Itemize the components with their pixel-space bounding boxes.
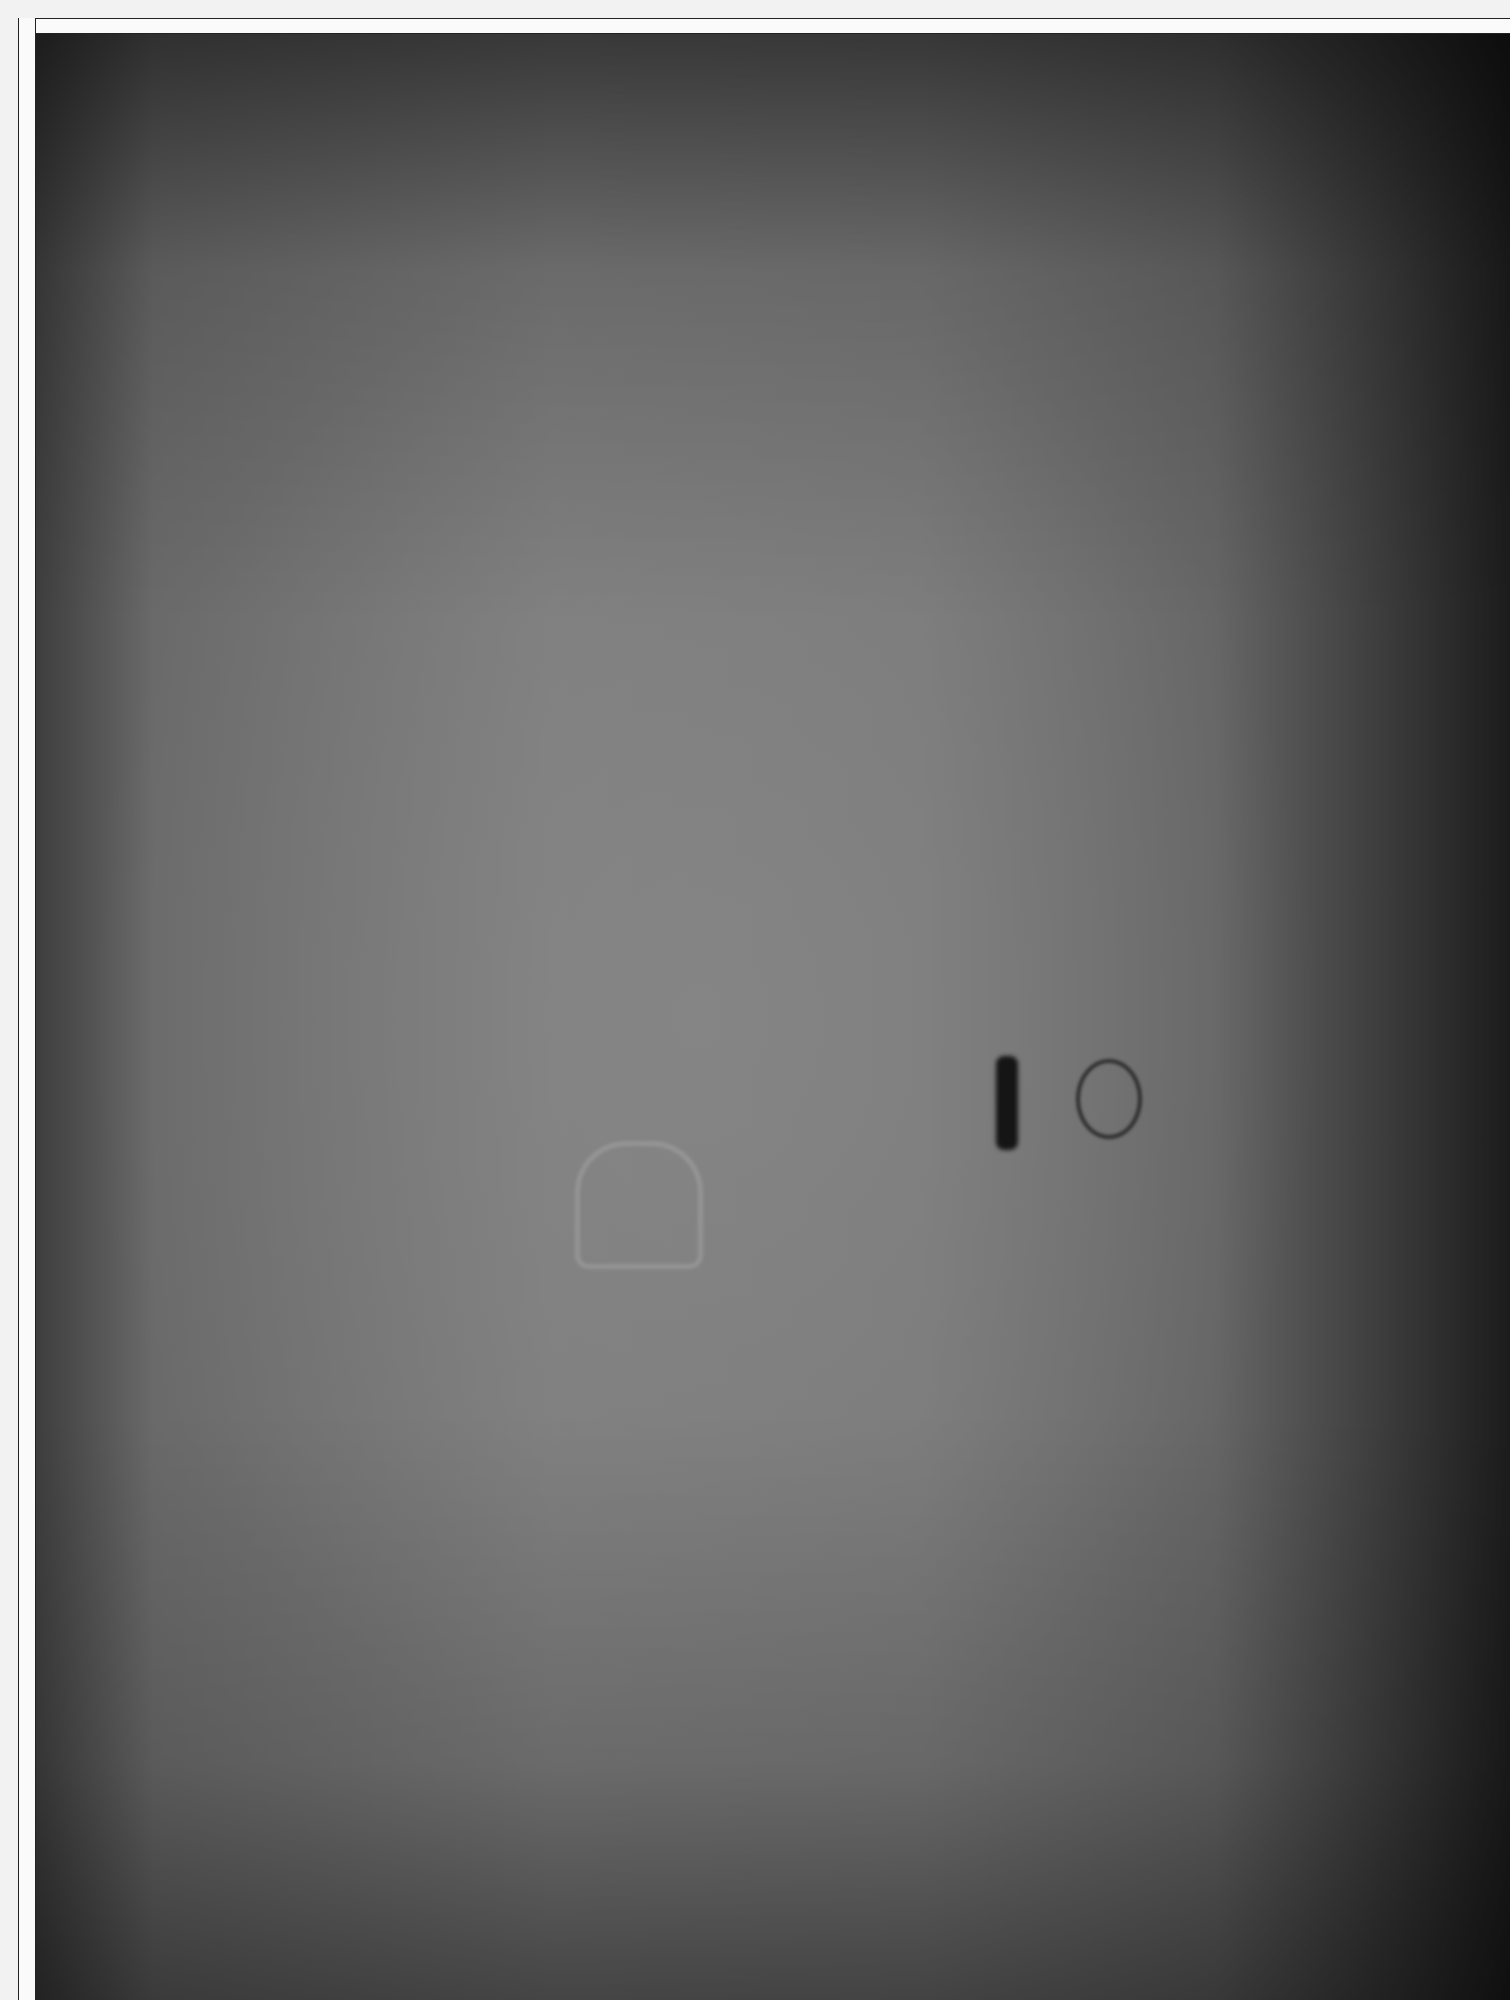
decorated-initial — [996, 1056, 1018, 1150]
circled-letter — [1076, 1059, 1142, 1139]
manuscript-page — [36, 34, 1510, 2000]
ruler-top — [18, 18, 1510, 34]
vignette — [36, 34, 1510, 2000]
ruler-left — [18, 18, 36, 2000]
light-smudge — [576, 1142, 702, 1268]
